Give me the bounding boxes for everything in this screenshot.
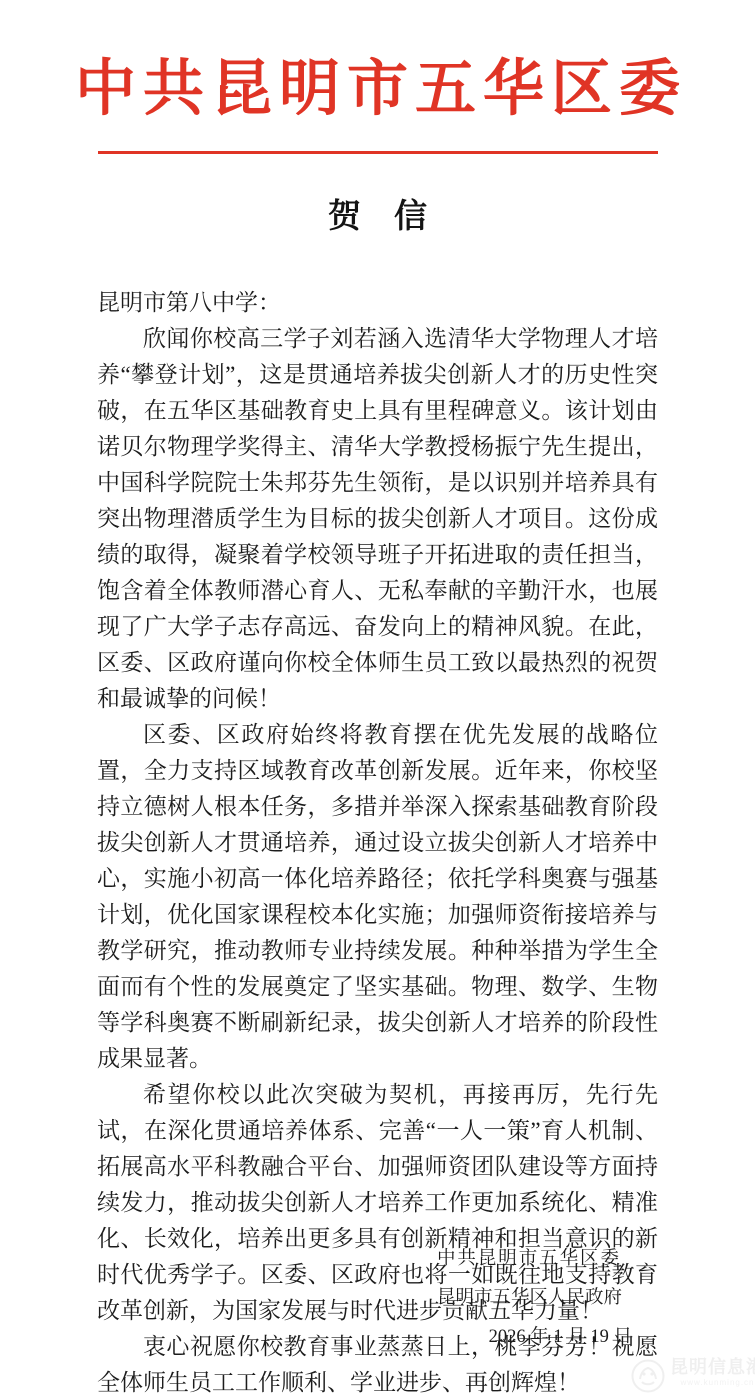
watermark-text: 昆明信息港 www.kunming.cn: [670, 1356, 755, 1387]
watermark-site-name: 昆明信息港: [670, 1356, 755, 1378]
signature-block: 中共昆明市五华区委 昆明市五华区人民政府 2026 年 1 月 19 日: [437, 1240, 619, 1357]
document-title: 贺 信: [0, 194, 755, 240]
watermark: 昆明信息港 www.kunming.cn: [631, 1356, 755, 1398]
signature-org-government: 昆明市五华区人民政府: [437, 1279, 619, 1318]
letter-body: 昆明市第八中学： 欣闻你校高三学子刘若涵入选清华大学物理人才培养“攀登计划”，这…: [97, 285, 658, 1400]
paragraph-2: 区委、区政府始终将教育摆在优先发展的战略位置，全力支持区域教育改革创新发展。近年…: [97, 717, 658, 1077]
paragraph-1: 欣闻你校高三学子刘若涵入选清华大学物理人才培养“攀登计划”，这是贯通培养拔尖创新…: [97, 321, 658, 717]
signature-org-committee: 中共昆明市五华区委: [437, 1240, 619, 1279]
salutation: 昆明市第八中学：: [97, 285, 658, 321]
letterhead-org-name: 中共昆明市五华区委: [0, 46, 755, 134]
kunming-info-port-logo-icon: [631, 1359, 665, 1398]
letterhead-divider: [98, 151, 658, 154]
signature-date: 2026 年 1 月 19 日: [437, 1318, 632, 1357]
watermark-site-url: www.kunming.cn: [670, 1378, 755, 1387]
letter-page: 中共昆明市五华区委 贺 信 昆明市第八中学： 欣闻你校高三学子刘若涵入选清华大学…: [0, 0, 755, 1400]
